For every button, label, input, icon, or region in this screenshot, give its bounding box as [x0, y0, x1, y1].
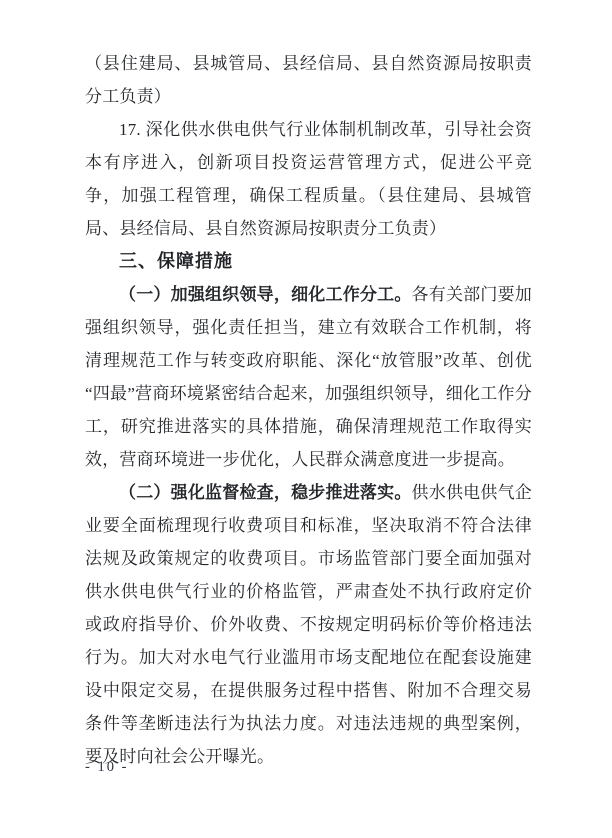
- paragraph-text: 供水供电供气企业要全面梳理现行收费项目和标准，坚决取消不符合法律法规及政策规定的…: [85, 483, 532, 766]
- document-page: （县住建局、县城管局、县经信局、县自然资源局按职责分工负责） 17. 深化供水供…: [0, 0, 612, 838]
- paragraph-sub2: （二）强化监督检查，稳步推进落实。供水供电供气企业要全面梳理现行收费项目和标准，…: [85, 476, 532, 773]
- document-body: （县住建局、县城管局、县经信局、县自然资源局按职责分工负责） 17. 深化供水供…: [85, 47, 532, 773]
- paragraph-continuation: （县住建局、县城管局、县经信局、县自然资源局按职责分工负责）: [85, 47, 532, 113]
- paragraph-bold-lead: （二）强化监督检查，稳步推进落实。: [119, 483, 412, 502]
- page-number: - 10 -: [85, 758, 128, 776]
- paragraph-text: 17. 深化供水供电供气行业体制机制改革，引导社会资本有序进入，创新项目投资运营…: [85, 120, 532, 238]
- paragraph-sub1: （一）加强组织领导，细化工作分工。各有关部门要加强组织领导，强化责任担当，建立有…: [85, 278, 532, 476]
- paragraph-text: （县住建局、县城管局、县经信局、县自然资源局按职责分工负责）: [85, 54, 532, 106]
- paragraph-text: 各有关部门要加强组织领导，强化责任担当，建立有效联合工作机制，将清理规范工作与转…: [85, 285, 532, 469]
- section-heading: 三、保障措施: [85, 245, 532, 278]
- paragraph-bold-lead: （一）加强组织领导，细化工作分工。: [119, 285, 412, 304]
- paragraph-item-17: 17. 深化供水供电供气行业体制机制改革，引导社会资本有序进入，创新项目投资运营…: [85, 113, 532, 245]
